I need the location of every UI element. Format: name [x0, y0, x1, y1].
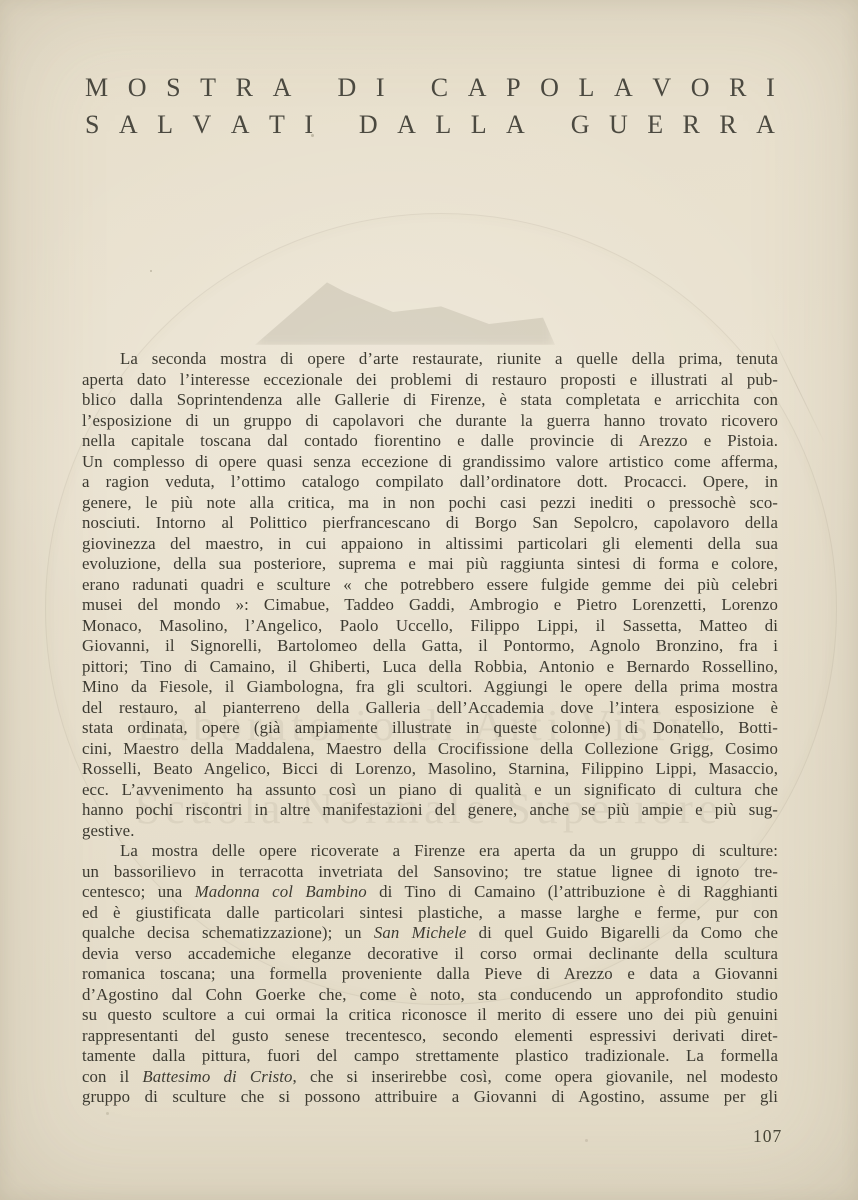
text-line: Mino da Fiesole, il Giambologna, fra gli…	[82, 677, 778, 698]
text-segment: hanno pochi riscontri in altre manifesta…	[82, 800, 778, 819]
text-segment: aperta dato l’interesse eccezionale dei …	[82, 370, 778, 389]
text-line: un bassorilievo in terracotta invetriata…	[82, 862, 778, 883]
title-letter: S	[85, 112, 99, 138]
text-line: ed è giustificata dalle particolari sint…	[82, 903, 778, 924]
text-line: Rosselli, Beato Angelico, Bicci di Loren…	[82, 759, 778, 780]
title-letter: M	[85, 75, 108, 101]
text-line: tamente dalla pittura, fuori del campo s…	[82, 1046, 778, 1067]
text-segment: l’esposizione di un gruppo di capolavori…	[82, 411, 778, 430]
text-segment: Un complesso di opere quasi senza eccezi…	[82, 452, 778, 471]
text-segment: evoluzione, della sua posteriore, suprem…	[82, 554, 778, 573]
title-letter: R	[719, 112, 736, 138]
title-letter: V	[652, 75, 671, 101]
text-line: centesco; una Madonna col Bambino di Tin…	[82, 882, 778, 903]
text-segment: del restauro, al pianterreno della Galle…	[82, 698, 778, 717]
title-letter: R	[729, 75, 746, 101]
text-segment: gruppo di sculture che si possono attrib…	[82, 1087, 778, 1106]
text-segment: qualche decisa schematizzazione); un	[82, 923, 374, 942]
text-segment: nosciuti. Intorno al Polittico pierfranc…	[82, 513, 778, 532]
text-segment: , che si inserirebbe così, come opera gi…	[293, 1067, 779, 1086]
text-segment: stata ordinata, opere (già ampiamente il…	[82, 718, 778, 737]
title-letter: A	[506, 112, 525, 138]
text-line: aperta dato l’interesse eccezionale dei …	[82, 370, 778, 391]
paper-speck	[150, 270, 152, 272]
text-line: con il Battesimo di Cristo, che si inser…	[82, 1067, 778, 1088]
text-segment: rappresentanti del gusto senese trecente…	[82, 1026, 778, 1045]
text-segment: d’Agostino dal Cohn Goerke che, come è n…	[82, 985, 778, 1004]
text-line: gestive.	[82, 821, 778, 842]
title-letter: I	[304, 112, 313, 138]
title-letter: O	[540, 75, 559, 101]
text-segment: Rosselli, Beato Angelico, Bicci di Loren…	[82, 759, 778, 778]
text-segment: erano radunati quadri e sculture « che p…	[82, 575, 778, 594]
title-letter: O	[128, 75, 147, 101]
page-title: MOSTRADICAPOLAVORI SALVATIDALLAGUERRA	[85, 64, 775, 138]
text-line: cini, Maestro della Maddalena, Maestro d…	[82, 739, 778, 760]
text-segment: genere, le più note alla critica, ma in …	[82, 493, 778, 512]
title-letter: A	[397, 112, 416, 138]
text-line: nella capitale toscana dal contado fiore…	[82, 431, 778, 452]
text-line: romanica toscana; una formella provenien…	[82, 964, 778, 985]
title-letter: L	[579, 75, 595, 101]
text-line: a ragion veduta, l’ottimo catalogo compi…	[82, 472, 778, 493]
text-segment: Giovanni, il Signorelli, Bartolomeo dell…	[82, 636, 778, 655]
text-segment: romanica toscana; una formella provenien…	[82, 964, 778, 983]
title-letter: U	[609, 112, 628, 138]
title-letter: T	[200, 75, 216, 101]
text-line: Giovanni, il Signorelli, Bartolomeo dell…	[82, 636, 778, 657]
text-line: stata ordinata, opere (già ampiamente il…	[82, 718, 778, 739]
title-letter: E	[647, 112, 663, 138]
title-letter: D	[359, 112, 378, 138]
text-segment: blico dalla Soprintendenza alle Gallerie…	[82, 390, 778, 409]
text-segment: devia verso accademiche eleganze decorat…	[82, 944, 778, 963]
page-title-line-2: SALVATIDALLAGUERRA	[85, 101, 775, 138]
text-line: su questo scultore a cui ormai la critic…	[82, 1005, 778, 1026]
title-letter: O	[691, 75, 710, 101]
text-line: genere, le più note alla critica, ma in …	[82, 493, 778, 514]
title-letter: C	[431, 75, 448, 101]
page-number: 107	[753, 1126, 793, 1147]
title-letter: A	[273, 75, 292, 101]
text-line: d’Agostino dal Cohn Goerke che, come è n…	[82, 985, 778, 1006]
text-segment: nella capitale toscana dal contado fiore…	[82, 431, 778, 450]
text-line: nosciuti. Intorno al Polittico pierfranc…	[82, 513, 778, 534]
text-line: rappresentanti del gusto senese trecente…	[82, 1026, 778, 1047]
document-page: Laboratorio di Arti Visive Scuola Normal…	[0, 0, 858, 1200]
text-line: Un complesso di opere quasi senza eccezi…	[82, 452, 778, 473]
text-segment: ed è giustificata dalle particolari sint…	[82, 903, 778, 922]
text-segment: centesco; una	[82, 882, 195, 901]
text-segment: musei del mondo »: Cimabue, Taddeo Gaddi…	[82, 595, 778, 614]
text-line: La mostra delle opere ricoverate a Firen…	[82, 841, 778, 862]
text-line: evoluzione, della sua posteriore, suprem…	[82, 554, 778, 575]
italic-work-title: Madonna col Bambino	[195, 882, 367, 901]
text-segment: un bassorilievo in terracotta invetriata…	[82, 862, 778, 881]
title-letter: D	[338, 75, 357, 101]
title-letter: A	[468, 75, 487, 101]
text-line: musei del mondo »: Cimabue, Taddeo Gaddi…	[82, 595, 778, 616]
text-segment: Mino da Fiesole, il Giambologna, fra gli…	[82, 677, 778, 696]
title-letter: A	[119, 112, 138, 138]
page-title-line-1: MOSTRADICAPOLAVORI	[85, 64, 775, 101]
title-letter: G	[571, 112, 590, 138]
text-line: qualche decisa schematizzazione); un San…	[82, 923, 778, 944]
text-line: l’esposizione di un gruppo di capolavori…	[82, 411, 778, 432]
body-text: La seconda mostra di opere d’arte restau…	[82, 349, 778, 1108]
text-line: del restauro, al pianterreno della Galle…	[82, 698, 778, 719]
text-line: Monaco, Masolino, l’Angelico, Paolo Ucce…	[82, 616, 778, 637]
title-letter: R	[236, 75, 253, 101]
text-segment: giovinezza del maestro, in cui appaiono …	[82, 534, 778, 553]
text-line: La seconda mostra di opere d’arte restau…	[82, 349, 778, 370]
text-line: ecc. L’avvenimento ha assunto così un pi…	[82, 780, 778, 801]
text-segment: di quel Guido Bigarelli da Como che	[466, 923, 778, 942]
title-letter: A	[614, 75, 633, 101]
text-line: giovinezza del maestro, in cui appaiono …	[82, 534, 778, 555]
text-line: hanno pochi riscontri in altre manifesta…	[82, 800, 778, 821]
italic-work-title: Battesimo di Cristo	[142, 1067, 292, 1086]
text-segment: tamente dalla pittura, fuori del campo s…	[82, 1046, 778, 1065]
title-letter: A	[756, 112, 775, 138]
title-letter: L	[435, 112, 451, 138]
title-letter: I	[376, 75, 385, 101]
text-segment: con il	[82, 1067, 142, 1086]
title-letter: T	[269, 112, 285, 138]
text-line: pittori; Tino di Camaino, il Ghiberti, L…	[82, 657, 778, 678]
paper-speck	[106, 1112, 109, 1115]
title-letter: S	[166, 75, 180, 101]
title-letter: I	[766, 75, 775, 101]
title-letter: P	[506, 75, 520, 101]
italic-work-title: San Michele	[374, 923, 467, 942]
text-line: blico dalla Soprintendenza alle Gallerie…	[82, 390, 778, 411]
title-letter: A	[231, 112, 250, 138]
title-letter: V	[193, 112, 212, 138]
text-segment: cini, Maestro della Maddalena, Maestro d…	[82, 739, 778, 758]
text-segment: Monaco, Masolino, l’Angelico, Paolo Ucce…	[82, 616, 778, 635]
text-segment: La seconda mostra di opere d’arte restau…	[120, 349, 778, 368]
text-line: devia verso accademiche eleganze decorat…	[82, 944, 778, 965]
text-segment: La mostra delle opere ricoverate a Firen…	[120, 841, 778, 860]
text-segment: gestive.	[82, 821, 135, 840]
text-line: gruppo di sculture che si possono attrib…	[82, 1087, 778, 1108]
text-segment: a ragion veduta, l’ottimo catalogo compi…	[82, 472, 778, 491]
text-segment: ecc. L’avvenimento ha assunto così un pi…	[82, 780, 778, 799]
title-letter: R	[683, 112, 700, 138]
title-letter: L	[471, 112, 487, 138]
text-segment: pittori; Tino di Camaino, il Ghiberti, L…	[82, 657, 778, 676]
text-line: erano radunati quadri e sculture « che p…	[82, 575, 778, 596]
paper-speck	[585, 1139, 588, 1142]
text-segment: di Tino di Camaino (l’attribuzione è di …	[367, 882, 778, 901]
text-segment: su questo scultore a cui ormai la critic…	[82, 1005, 778, 1024]
title-letter: L	[157, 112, 173, 138]
